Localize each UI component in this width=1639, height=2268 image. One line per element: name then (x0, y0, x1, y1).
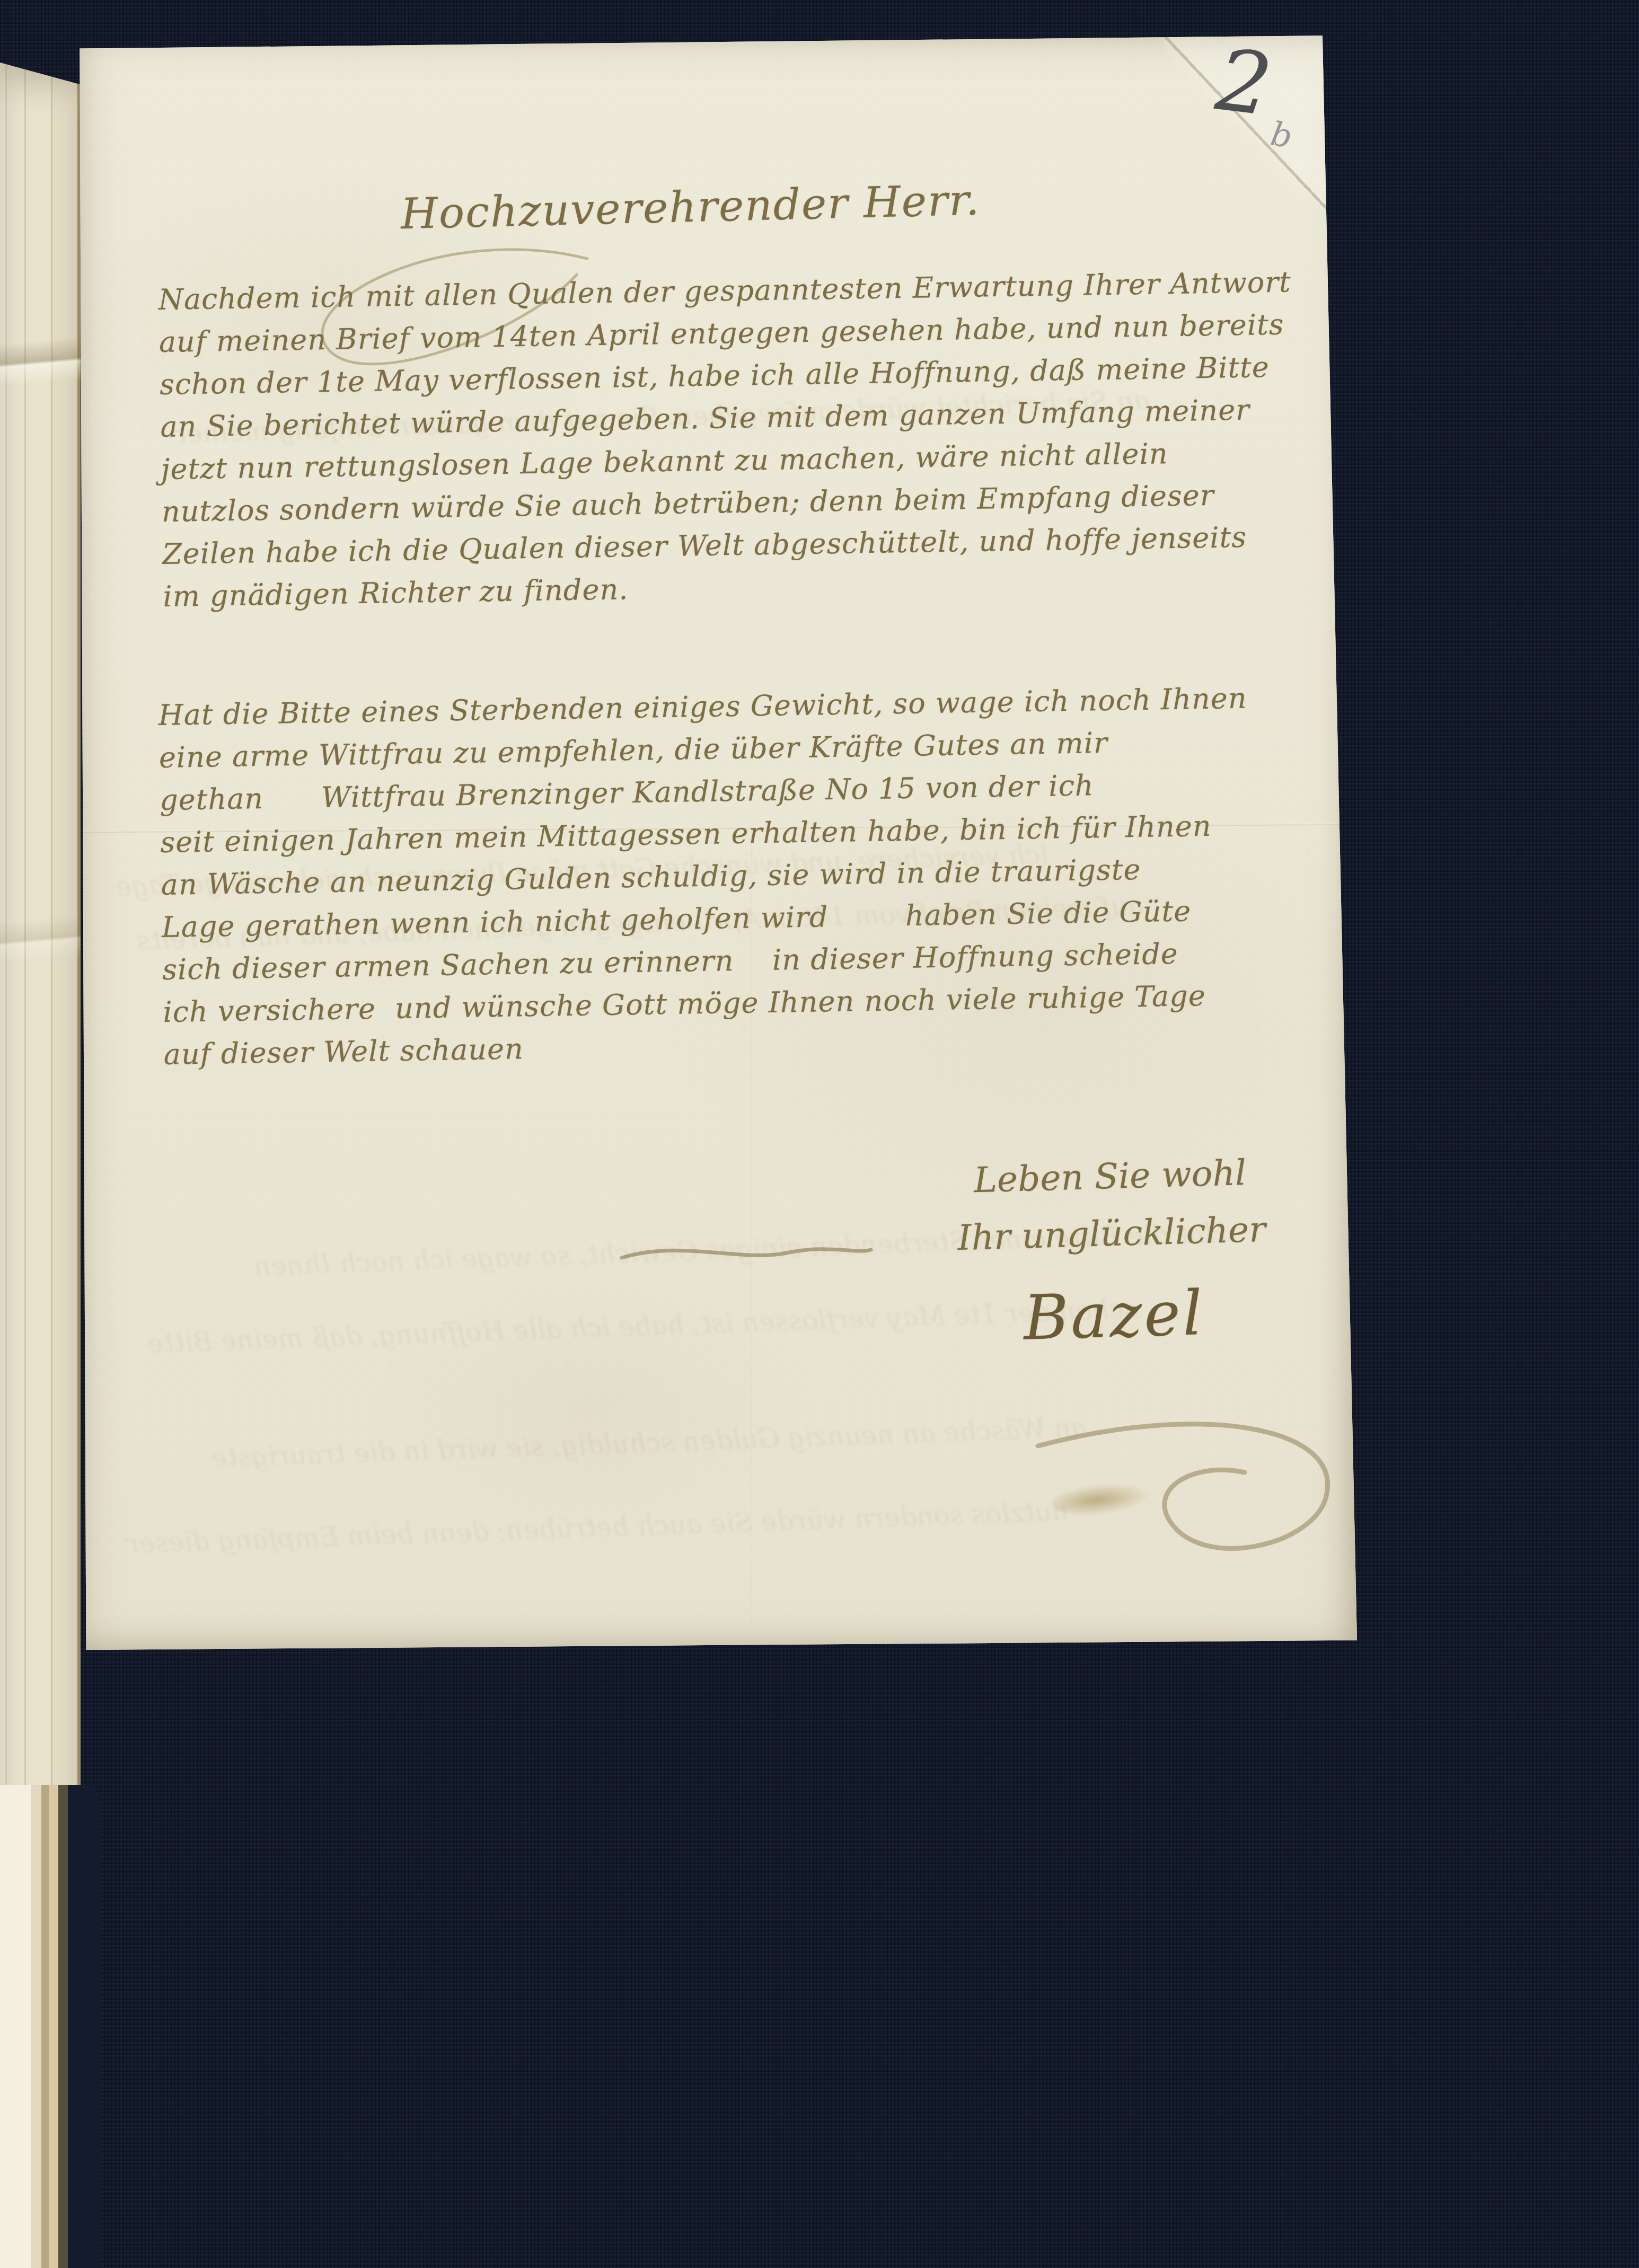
letter-page: 2 b Hochzuverehrender Herr. Nachdem ich … (78, 31, 1357, 1650)
page-number: 2 (1212, 37, 1276, 128)
ghost-text: an Wäsche an neunzig Gulden schuldig, si… (210, 1412, 1087, 1473)
page-edge-overlap (0, 889, 81, 990)
page-edge-overlap (0, 312, 81, 412)
page-stack-curl (0, 1785, 101, 2268)
ghost-text: nutzlos sondern würde Sie auch betrüben;… (126, 1496, 1069, 1559)
salutation: Hochzuverehrender Herr. (400, 175, 981, 239)
archival-photo: 2 b Hochzuverehrender Herr. Nachdem ich … (0, 0, 1639, 2268)
